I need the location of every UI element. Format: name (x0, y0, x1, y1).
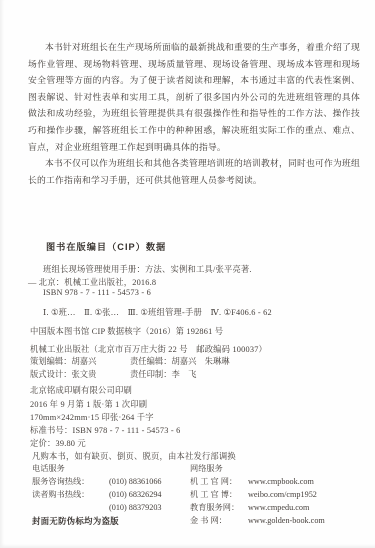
editors-table: 策划编辑：胡嘉兴 责任编辑：胡嘉兴 朱琳琳 版式设计：张文贵 责任印制：李 飞 (30, 356, 230, 381)
web-url: www.golden-book.com (248, 515, 325, 528)
editors-row: 策划编辑：胡嘉兴 责任编辑：胡嘉兴 朱琳琳 (30, 356, 230, 369)
phone-service-header: 电话服务 (32, 463, 162, 476)
planning-editor-cell: 策划编辑：胡嘉兴 (30, 356, 130, 369)
web-url: www.cmpbook.com (248, 476, 314, 489)
editors-row: 版式设计：张文贵 责任印制：李 飞 (30, 369, 230, 382)
responsible-editor-cell: 责任编辑：胡嘉兴 朱琳琳 (130, 356, 230, 369)
printer-line: 北京铭成印刷有限公司印刷 (30, 384, 132, 396)
intro-paragraph-1: 本书针对班组长在生产现场所面临的最新挑战和重要的生产事务，着重介绍了现场作业管理… (28, 39, 360, 155)
intro-paragraphs: 本书针对班组长在生产现场所面临的最新挑战和重要的生产事务，着重介绍了现场作业管理… (28, 39, 360, 188)
edition-line: 2016 年 9 月第 1 版·第 1 次印刷 (30, 398, 147, 410)
phone-number: (010) 68326294 (109, 489, 162, 502)
exchange-notice-line: 凡购本书，如有缺页、倒页、脱页，由本社发行部调换 (32, 450, 236, 462)
copyright-page-scan: 本书针对班组长在生产现场所面临的最新挑战和重要的生产事务，着重介绍了现场作业管理… (0, 0, 375, 548)
web-url: weibo.com/cmp1952 (248, 489, 317, 502)
phone-service-column: 电话服务 服务咨询热线： (010) 88361066 读者购书热线： (010… (32, 463, 162, 527)
web-row: 机 工 官 博： weibo.com/cmp1952 (190, 489, 325, 502)
cip-classification-line: Ⅰ. ①班… Ⅱ. ①张… Ⅲ. ①班组管理-手册 Ⅳ. ①F406.6 - 6… (43, 306, 272, 318)
publisher-address-line: 机械工业出版社（北京市百万庄大街 22 号 邮政编码 100037） (30, 343, 267, 355)
web-label: 机 工 官 博： (190, 489, 248, 502)
web-label: 机 工 官 网： (190, 476, 248, 489)
web-row: 教育服务网： www.cmpedu.com (190, 502, 325, 515)
format-line: 170mm×242mm·15 印张·264 千字 (30, 411, 154, 423)
cip-isbn-line: ISBN 978 - 7 - 111 - 54573 - 6 (43, 288, 151, 297)
web-service-header: 网络服务 (190, 463, 325, 476)
phone-label: 读者购书热线： (32, 489, 109, 502)
intro-paragraph-2: 本书不仅可以作为班组长和其他各类管理培训班的培训教材，同时也可作为班组长的工作指… (28, 155, 360, 188)
book-number-line: 标准书号：ISBN 978 - 7 - 111 - 54573 - 6 (30, 424, 180, 436)
cip-section-header: 图书在版编目（CIP）数据 (46, 239, 166, 253)
web-label: 教育服务网： (190, 502, 248, 515)
print-supervisor-cell: 责任印制：李 飞 (130, 369, 196, 382)
web-row: 金 书 网： www.golden-book.com (190, 515, 325, 528)
anti-piracy-notice: 封面无防伪标均为盗版 (32, 515, 162, 528)
phone-row: 服务咨询热线： (010) 88361066 (32, 476, 162, 489)
web-row: 机 工 官 网： www.cmpbook.com (190, 476, 325, 489)
web-label: 金 书 网： (190, 515, 248, 528)
phone-row: 读者购书热线： (010) 68326294 (32, 489, 162, 502)
phone-number: (010) 88361066 (109, 476, 162, 489)
cip-publication-line: — 北京：机械工业出版社，2016.8 (28, 276, 156, 288)
web-url: www.cmpedu.com (248, 502, 309, 515)
price-line: 定价：39.80 元 (30, 437, 86, 449)
web-service-column: 网络服务 机 工 官 网： www.cmpbook.com 机 工 官 博： w… (190, 463, 325, 527)
phone-label (32, 502, 109, 515)
phone-number: (010) 88379203 (109, 502, 162, 515)
cip-registry-line: 中国版本图书馆 CIP 数据核字（2016）第 192861 号 (30, 325, 223, 337)
phone-row: (010) 88379203 (32, 502, 162, 515)
cip-title-line: 班组长现场管理使用手册：方法、实例和工具/张平亮著. (43, 263, 252, 275)
layout-designer-cell: 版式设计：张文贵 (30, 369, 130, 382)
phone-label: 服务咨询热线： (32, 476, 109, 489)
